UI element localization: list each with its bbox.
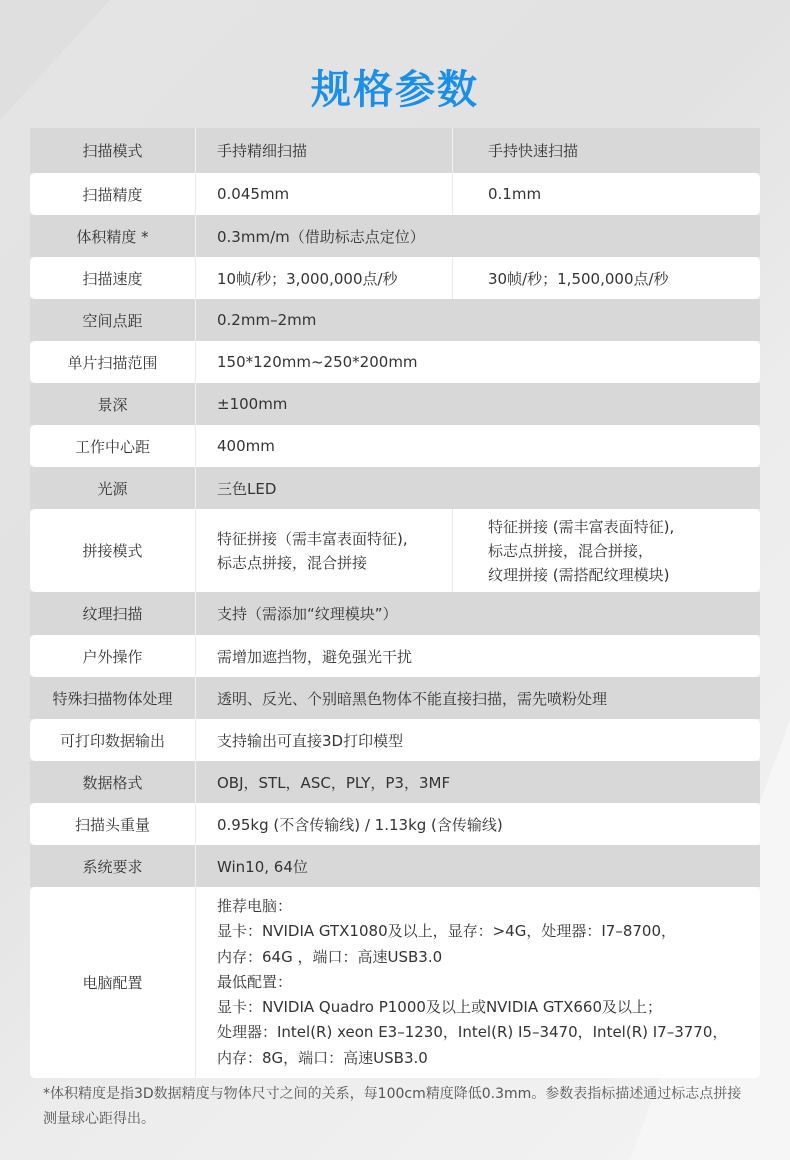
- row-label: 电脑配置: [30, 887, 196, 1078]
- row-label: 户外操作: [30, 635, 196, 677]
- row-label: 纹理扫描: [30, 592, 196, 635]
- header-label: 扫描模式: [30, 128, 196, 173]
- row-value: 0.95kg (不含传输线) / 1.13kg (含传输线): [196, 803, 760, 845]
- row-label: 特殊扫描物体处理: [30, 677, 196, 719]
- table-row-data-formats: 数据格式 OBJ，STL，ASC，PLY，P3，3MF: [30, 761, 760, 803]
- table-row-scan-range: 单片扫描范围 150*120mm~250*200mm: [30, 341, 760, 383]
- row-value: 150*120mm~250*200mm: [196, 341, 760, 383]
- row-label: 可打印数据输出: [30, 719, 196, 761]
- row-value: 推荐电脑： 显卡：NVIDIA GTX1080及以上，显存：>4G，处理器：I7…: [196, 887, 760, 1078]
- value-line: 标志点拼接，混合拼接: [217, 551, 408, 575]
- table-row-printable-output: 可打印数据输出 支持输出可直接3D打印模型: [30, 719, 760, 761]
- table-row-special-objects: 特殊扫描物体处理 透明、反光、个别暗黑色物体不能直接扫描，需先喷粉处理: [30, 677, 760, 719]
- row-label: 光源: [30, 467, 196, 509]
- row-value: 支持（需添加“纹理模块”）: [196, 592, 760, 635]
- table-row-working-distance: 工作中心距 400mm: [30, 425, 760, 467]
- row-label: 空间点距: [30, 299, 196, 341]
- row-value-fine: 特征拼接（需丰富表面特征), 标志点拼接，混合拼接: [196, 509, 453, 592]
- row-value: 透明、反光、个别暗黑色物体不能直接扫描，需先喷粉处理: [196, 677, 760, 719]
- header-col-fine-scan: 手持精细扫描: [196, 128, 453, 173]
- row-value-fast: 特征拼接 (需丰富表面特征), 标志点拼接，混合拼接， 纹理拼接 (需搭配纹理模…: [453, 509, 760, 592]
- table-row-head-weight: 扫描头重量 0.95kg (不含传输线) / 1.13kg (含传输线): [30, 803, 760, 845]
- table-header-row: 扫描模式 手持精细扫描 手持快速扫描: [30, 128, 760, 173]
- table-row-system-requirements: 系统要求 Win10, 64位: [30, 845, 760, 887]
- table-row-texture-scan: 纹理扫描 支持（需添加“纹理模块”）: [30, 592, 760, 635]
- row-label: 系统要求: [30, 845, 196, 887]
- value-line: 特征拼接（需丰富表面特征),: [217, 527, 408, 551]
- config-line: 显卡：NVIDIA Quadro P1000及以上或NVIDIA GTX660及…: [217, 995, 727, 1020]
- row-label: 工作中心距: [30, 425, 196, 467]
- table-row-light-source: 光源 三色LED: [30, 467, 760, 509]
- row-value: OBJ，STL，ASC，PLY，P3，3MF: [196, 761, 760, 803]
- row-label: 体积精度 *: [30, 215, 196, 257]
- row-label: 数据格式: [30, 761, 196, 803]
- page-title: 规格参数: [0, 58, 790, 115]
- row-value-fast: 30帧/秒；1,500,000点/秒: [453, 257, 760, 299]
- row-value: ±100mm: [196, 383, 760, 425]
- row-value-fast: 0.1mm: [453, 173, 760, 215]
- value-line: 特征拼接 (需丰富表面特征),: [488, 515, 674, 539]
- row-value: 三色LED: [196, 467, 760, 509]
- row-label: 景深: [30, 383, 196, 425]
- row-value: 支持输出可直接3D打印模型: [196, 719, 760, 761]
- table-row-alignment-mode: 拼接模式 特征拼接（需丰富表面特征), 标志点拼接，混合拼接 特征拼接 (需丰富…: [30, 509, 760, 592]
- row-label: 扫描速度: [30, 257, 196, 299]
- row-value: 400mm: [196, 425, 760, 467]
- table-row-scan-accuracy: 扫描精度 0.045mm 0.1mm: [30, 173, 760, 215]
- header-col-fast-scan: 手持快速扫描: [453, 128, 760, 173]
- config-line-recommended-heading: 推荐电脑：: [217, 894, 727, 919]
- spec-table: 扫描模式 手持精细扫描 手持快速扫描 扫描精度 0.045mm 0.1mm 体积…: [30, 128, 760, 1078]
- table-row-volumetric-accuracy: 体积精度 * 0.3mm/m（借助标志点定位）: [30, 215, 760, 257]
- table-row-outdoor-operation: 户外操作 需增加遮挡物，避免强光干扰: [30, 635, 760, 677]
- row-value: 0.2mm–2mm: [196, 299, 760, 341]
- row-label: 扫描精度: [30, 173, 196, 215]
- row-value: 0.3mm/m（借助标志点定位）: [196, 215, 760, 257]
- table-row-depth-of-field: 景深 ±100mm: [30, 383, 760, 425]
- value-line: 纹理拼接 (需搭配纹理模块): [488, 563, 674, 587]
- config-line-minimum-heading: 最低配置：: [217, 970, 727, 995]
- table-row-computer-config: 电脑配置 推荐电脑： 显卡：NVIDIA GTX1080及以上，显存：>4G，处…: [30, 887, 760, 1078]
- row-value-fine: 0.045mm: [196, 173, 453, 215]
- row-value: 需增加遮挡物，避免强光干扰: [196, 635, 760, 677]
- config-line: 内存：8G，端口：高速USB3.0: [217, 1046, 727, 1071]
- config-line: 处理器：Intel(R) xeon E3–1230，Intel(R) I5–34…: [217, 1020, 727, 1045]
- table-row-scan-speed: 扫描速度 10帧/秒；3,000,000点/秒 30帧/秒；1,500,000点…: [30, 257, 760, 299]
- config-line: 显卡：NVIDIA GTX1080及以上，显存：>4G，处理器：I7–8700，: [217, 919, 727, 944]
- row-value: Win10, 64位: [196, 845, 760, 887]
- row-value-fine: 10帧/秒；3,000,000点/秒: [196, 257, 453, 299]
- footnote: *体积精度是指3D数据精度与物体尺寸之间的关系，每100cm精度降低0.3mm。…: [43, 1082, 753, 1132]
- row-label: 扫描头重量: [30, 803, 196, 845]
- row-label: 拼接模式: [30, 509, 196, 592]
- config-line: 内存：64G ，端口：高速USB3.0: [217, 945, 727, 970]
- row-label: 单片扫描范围: [30, 341, 196, 383]
- table-row-point-spacing: 空间点距 0.2mm–2mm: [30, 299, 760, 341]
- value-line: 标志点拼接，混合拼接，: [488, 539, 674, 563]
